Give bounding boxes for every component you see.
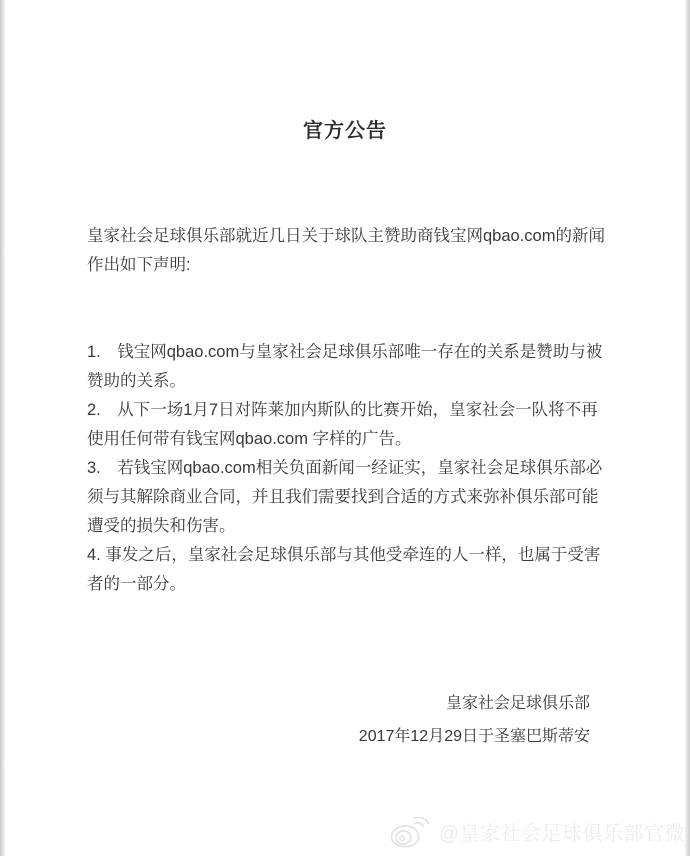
statement-item-1: 1. 钱宝网qbao.com与皇家社会足球俱乐部唯一存在的关系是赞助与被赞助的关… [87, 338, 607, 396]
watermark-text: @皇家社会足球俱乐部官微 [439, 817, 685, 846]
statement-item-4: 4. 事发之后，皇家社会足球俱乐部与其他受牵连的人一样，也属于受害者的一部分。 [87, 541, 607, 599]
intro-paragraph: 皇家社会足球俱乐部就近几日关于球队主赞助商钱宝网qbao.com的新闻作出如下声… [87, 222, 607, 280]
weibo-watermark: @皇家社会足球俱乐部官微 [388, 814, 685, 848]
page-title: 官方公告 [0, 114, 690, 143]
signature-date: 2017年12月29日于圣塞巴斯蒂安 [359, 720, 590, 753]
announcement-page: 官方公告 皇家社会足球俱乐部就近几日关于球队主赞助商钱宝网qbao.com的新闻… [0, 0, 690, 856]
weibo-logo-icon [388, 814, 430, 848]
statement-item-3: 3. 若钱宝网qbao.com相关负面新闻一经证实，皇家社会足球俱乐部必须与其解… [87, 454, 607, 541]
statement-list: 1. 钱宝网qbao.com与皇家社会足球俱乐部唯一存在的关系是赞助与被赞助的关… [87, 338, 607, 599]
signature-block: 皇家社会足球俱乐部 2017年12月29日于圣塞巴斯蒂安 [359, 687, 590, 753]
statement-item-2: 2. 从下一场1月7日对阵莱加内斯队的比赛开始，皇家社会一队将不再使用任何带有钱… [87, 396, 607, 454]
signature: 皇家社会足球俱乐部 [359, 687, 590, 720]
